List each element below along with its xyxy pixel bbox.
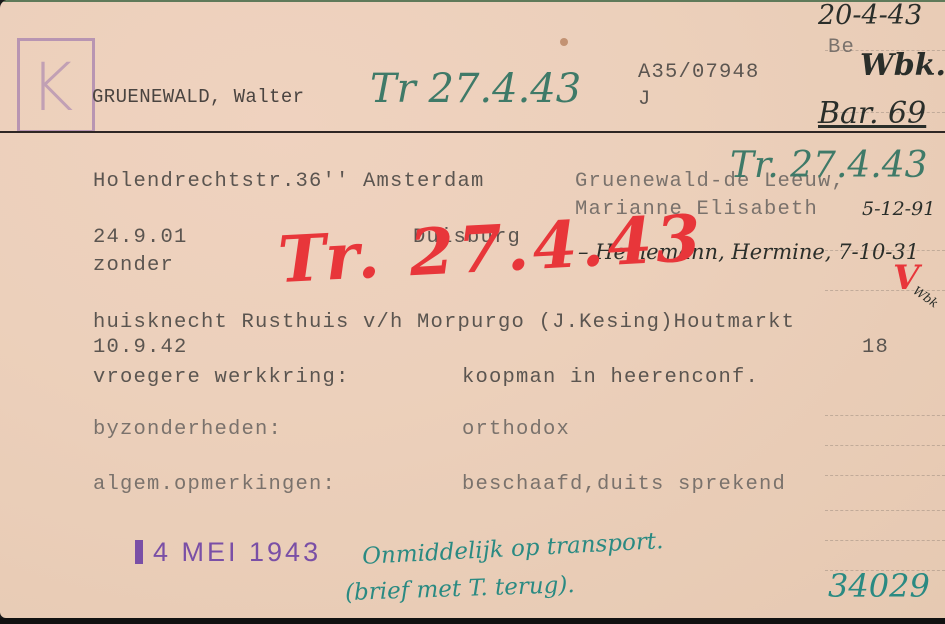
k-stamp-letter: K: [30, 49, 73, 126]
category-code: J: [638, 88, 652, 111]
spouse-birth-date: 5-12-91: [862, 198, 935, 220]
form-line: [825, 540, 945, 542]
form-line: [825, 445, 945, 447]
stamp-bar-icon: [135, 540, 143, 564]
spouse-transport-note: Tr. 27.4.43: [730, 145, 928, 186]
k-category-stamp: K: [17, 38, 95, 133]
file-number: A35/07948: [638, 61, 760, 84]
field-label-general-remarks: algem.opmerkingen:: [93, 473, 336, 496]
field-label-previous-work: vroegere werkkring:: [93, 366, 350, 389]
stain: [560, 38, 568, 46]
header-divider: [0, 131, 945, 133]
occupation-date: 10.9.42: [93, 336, 188, 359]
archive-index-card: K GRUENEWALD, Walter Tr 27.4.43 A35/0794…: [0, 0, 945, 618]
birth-date: 24.9.01: [93, 226, 188, 249]
person-name: GRUENEWALD, Walter: [92, 86, 304, 108]
header-right-label: Be: [828, 36, 855, 59]
status-field: zonder: [93, 254, 174, 277]
form-line: [825, 510, 945, 512]
field-label-particulars: byzonderheden:: [93, 418, 282, 441]
field-value-particulars: orthodox: [462, 418, 570, 441]
form-line: [825, 475, 945, 477]
occupation-line: huisknecht Rusthuis v/h Morpurgo (J.Kesi…: [93, 311, 795, 334]
red-transport-mark: Tr. 27.4.43: [276, 201, 706, 298]
scan-bottom-edge: [0, 618, 945, 624]
occupation-house-number: 18: [862, 336, 889, 359]
field-value-general-remarks: beschaafd,duits sprekend: [462, 473, 786, 496]
top-right-date: 20-4-43: [818, 0, 922, 31]
address: Holendrechtstr.36'' Amsterdam: [93, 170, 485, 193]
field-value-previous-work: koopman in heerenconf.: [462, 366, 759, 389]
date-stamp-text: 4 MEI 1943: [153, 537, 321, 567]
card-top-edge: [0, 0, 945, 2]
header-transport-note: Tr 27.4.43: [370, 66, 581, 112]
top-right-initials: Wbk.: [860, 48, 945, 83]
top-right-code: Bar. 69: [818, 96, 926, 131]
card-number: 34029: [828, 567, 930, 605]
side-note: Wbk: [910, 283, 940, 310]
form-line: [825, 415, 945, 417]
bottom-note-line1: Onmiddelijk op transport.: [362, 528, 665, 570]
bottom-note-line2: (brief met T. terug).: [345, 572, 575, 606]
date-stamp: 4 MEI 1943: [135, 537, 321, 568]
